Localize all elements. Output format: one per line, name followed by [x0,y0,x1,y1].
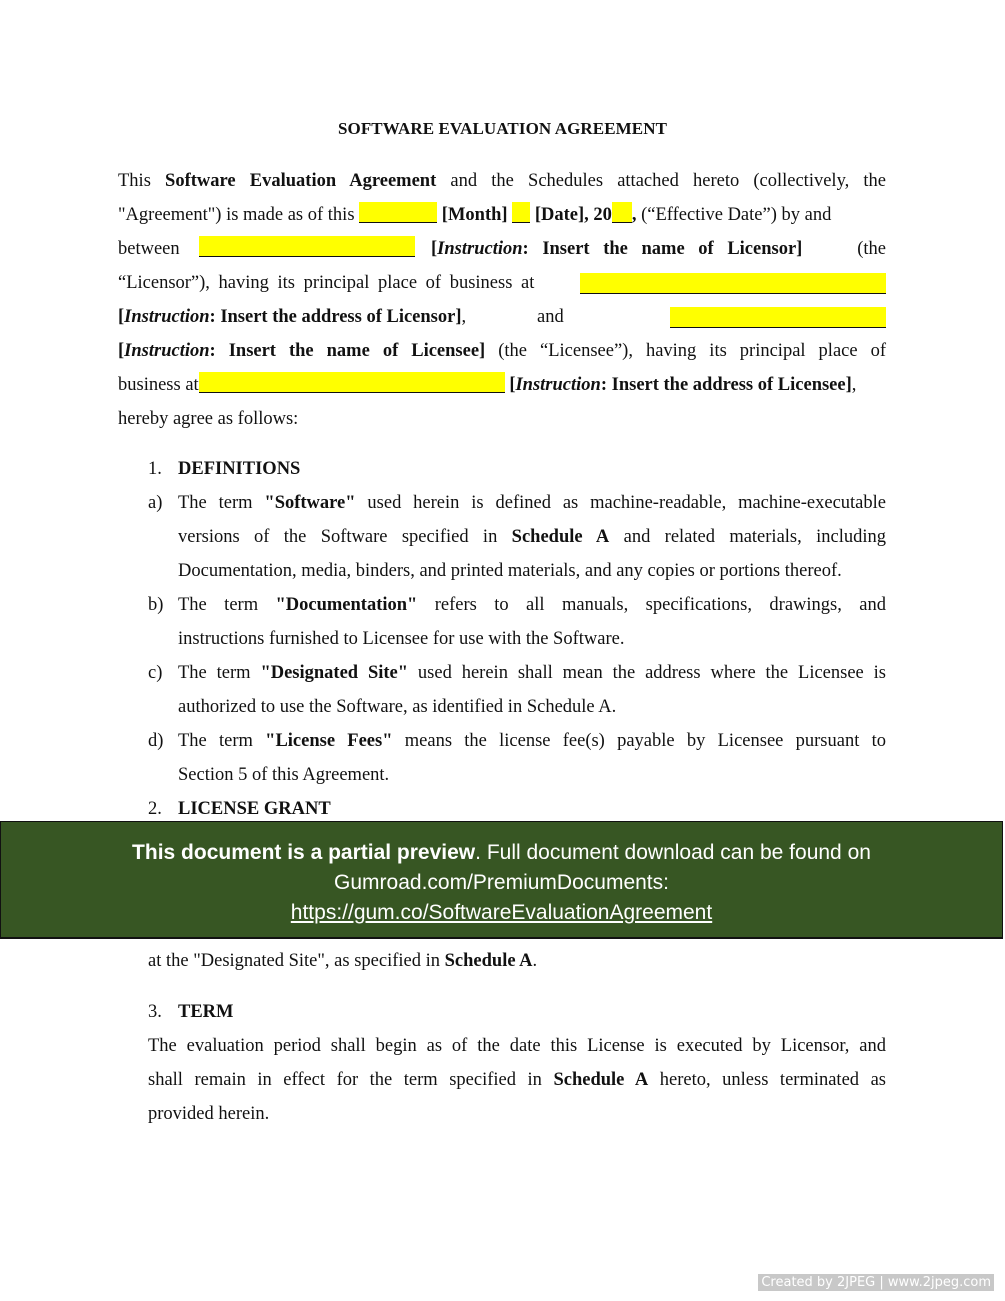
section-2-tail: at the "Designated Site", as specified i… [148,948,916,982]
section-3-heading: 3.TERM [148,999,916,1033]
document-title: SOFTWARE EVALUATION AGREEMENT [0,119,1005,139]
item-c-line-1: The term "Designated Site" used herein s… [178,660,886,694]
licensee-name-field[interactable] [670,307,886,328]
item-b-line-1: The term "Documentation" refers to all m… [178,592,886,626]
term-line-3: provided herein. [148,1101,916,1135]
licensee-address-field[interactable] [199,372,505,393]
intro-line-8: hereby agree as follows: [118,406,886,440]
intro-line-1: This Software Evaluation Agreement and t… [118,168,886,202]
section-1-heading: 1.DEFINITIONS [148,456,916,490]
term-line-2: shall remain in effect for the term spec… [148,1067,886,1101]
banner-line-2: Gumroad.com/PremiumDocuments: [1,868,1002,898]
item-b-marker: b) [148,592,178,626]
banner-line-1: This document is a partial preview. Full… [1,838,1002,868]
intro-line-3: between[Instruction: Insert the name of … [118,236,886,270]
intro-line-7: business at [Instruction: Insert the add… [118,372,886,406]
item-b-line-2: instructions furnished to Licensee for u… [178,626,886,660]
licensor-address-field[interactable] [580,273,886,294]
item-a-marker: a) [148,490,178,524]
item-c-marker: c) [148,660,178,694]
licensor-name-field[interactable] [199,236,415,257]
month-blank-field[interactable] [359,202,437,223]
item-c-line-2: authorized to use the Software, as ident… [178,694,886,728]
item-d-line-1: The term "License Fees" means the licens… [178,728,886,762]
download-link[interactable]: https://gum.co/SoftwareEvaluationAgreeme… [291,901,712,924]
watermark: Created by 2JPEG | www.2jpeg.com [758,1274,994,1291]
intro-line-2: "Agreement") is made as of this [Month] … [118,202,886,236]
date-blank-field[interactable] [512,202,530,223]
intro-line-5: [Instruction: Insert the address of Lice… [118,304,886,338]
item-d-line-2: Section 5 of this Agreement. [178,762,886,796]
term-line-1: The evaluation period shall begin as of … [148,1033,886,1067]
item-a-line-2: versions of the Software specified in Sc… [178,524,886,558]
intro-line-6: [Instruction: Insert the name of License… [118,338,886,372]
intro-line-4: “Licensor”), having its principal place … [118,270,886,304]
year-blank-field[interactable] [612,202,632,223]
preview-banner: This document is a partial preview. Full… [0,821,1003,939]
item-a-line-3: Documentation, media, binders, and print… [178,558,886,592]
item-a-line-1: The term "Software" used herein is defin… [178,490,886,524]
item-d-marker: d) [148,728,178,762]
